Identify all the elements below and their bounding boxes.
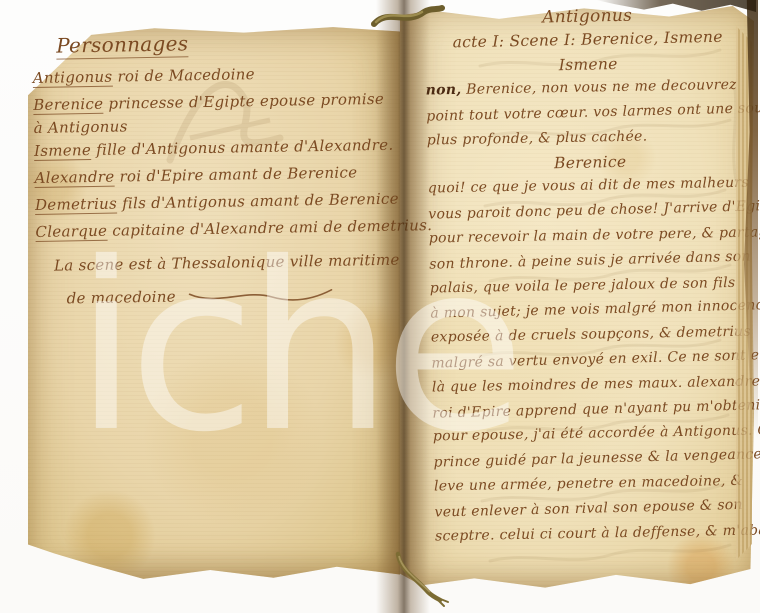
flourish-swash: [186, 286, 336, 307]
manuscript-line: pour recevoir la main de votre pere, & p…: [429, 225, 755, 256]
manuscript-line: exposée à de cruels soupçons, & demetriu…: [431, 324, 757, 355]
manuscript-line: leve une armée, penetre en macedoine, &: [434, 472, 760, 503]
cast-heading: Personnages: [56, 31, 189, 59]
character-name: Berenice: [33, 95, 103, 115]
character-description: fille d'Antigonus amante d'Alexandre.: [91, 136, 394, 159]
book-gutter-shadow: [376, 0, 430, 613]
right-page: [400, 6, 754, 590]
character-description: princesse d'Egipte epouse promise: [103, 90, 384, 113]
act-scene-heading: acte I: Scene I: Berenice, Ismene: [425, 27, 751, 59]
manuscript-line: point tout votre cœur. vos larmes ont un…: [426, 100, 753, 133]
cast-line: Ismene fille d'Antigonus amante d'Alexan…: [34, 136, 386, 169]
manuscript-line: plus profonde, & plus cachée.: [427, 126, 753, 157]
right-page-text: Antigonus acte I: Scene I: Berenice, Ism…: [424, 3, 760, 553]
cast-line-continuation: à Antigonus: [33, 113, 385, 142]
binding-string-bottom: [372, 548, 472, 612]
character-description: fils d'Antigonus amant de Berenice: [117, 190, 399, 213]
manuscript-line: malgré sa vertu envoyé en exil. Ce ne so…: [431, 347, 758, 380]
character-name: Ismene: [34, 141, 91, 161]
manuscript-line: pour epouse, j'ai été accordée à Antigon…: [433, 423, 759, 454]
manuscript-line: vous paroit donc peu de chose! J'arrive …: [428, 199, 755, 232]
watermark: iche: [74, 232, 516, 464]
scene-note-text: de macedoine: [66, 288, 176, 308]
character-description: roi d'Epire amant de Berenice: [114, 163, 357, 185]
manuscript-line: veut enlever à son rival son epouse & so…: [434, 496, 760, 529]
cast-heading-row: Personnages: [32, 28, 385, 69]
character-description: roi de Macedoine: [112, 65, 255, 85]
character-name: Antigonus: [33, 68, 113, 88]
emphasized-word: non,: [426, 82, 462, 99]
cast-line: Demetrius fils d'Antigonus amant de Bere…: [35, 190, 387, 223]
manuscript-line: sceptre. celui ci court à la deffense, &…: [435, 522, 760, 553]
ink-showthrough-left: [150, 60, 330, 180]
speaker-name: Ismene: [425, 52, 751, 83]
character-description: capitaine d'Alexandre ami de demetrius.: [107, 216, 432, 240]
manuscript-line: quoi! ce que je vous ai dit de mes malhe…: [428, 175, 754, 206]
character-name: Clearque: [35, 222, 107, 242]
cast-line: Alexandre roi d'Epire amant de Berenice: [34, 163, 386, 196]
manuscript-line: non, Berenice, non vous ne me decouvrez: [426, 77, 752, 108]
manuscript-line: à mon sujet; je me vois malgré mon innoc…: [430, 298, 757, 331]
manuscript-line: son throne. à peine suis je arrivée dans…: [429, 248, 756, 281]
cast-line: Clearque capitaine d'Alexandre ami de de…: [35, 217, 387, 250]
character-name: Alexandre: [34, 168, 114, 188]
binding-string-top: [366, 0, 446, 36]
character-name: Demetrius: [35, 195, 117, 215]
manuscript-line: là que les moindres de mes maux. alexand…: [432, 373, 758, 404]
page-stack-edges: [736, 26, 752, 560]
left-page: [28, 26, 400, 580]
line-text: Berenice, non vous ne me decouvrez: [461, 77, 737, 98]
scene-note-line: La scene est à Thessalonique ville marit…: [54, 251, 388, 283]
manuscript-line: roi d'Epire apprend que n'ayant pu m'obt…: [432, 397, 759, 430]
ink-showthrough-right: [420, 30, 750, 570]
manuscript-line: prince guidé par la jeunesse & la vengea…: [433, 447, 760, 480]
manuscript-scan: Personnages Antigonus roi de Macedoine B…: [0, 0, 760, 613]
scene-note-line: de macedoine: [66, 284, 388, 316]
book-fore-edge: [744, 0, 758, 440]
cast-line: Berenice princesse d'Egipte epouse promi…: [33, 90, 385, 123]
cast-line: Antigonus roi de Macedoine: [33, 63, 385, 96]
speaker-name: Berenice: [427, 151, 753, 182]
left-page-text: Personnages Antigonus roi de Macedoine B…: [32, 28, 389, 316]
character-description: à Antigonus: [33, 117, 127, 137]
torn-top-edge: [596, 0, 756, 12]
play-title: Antigonus: [424, 3, 750, 34]
manuscript-line: palais, que voila le pere jaloux de son …: [430, 274, 756, 305]
